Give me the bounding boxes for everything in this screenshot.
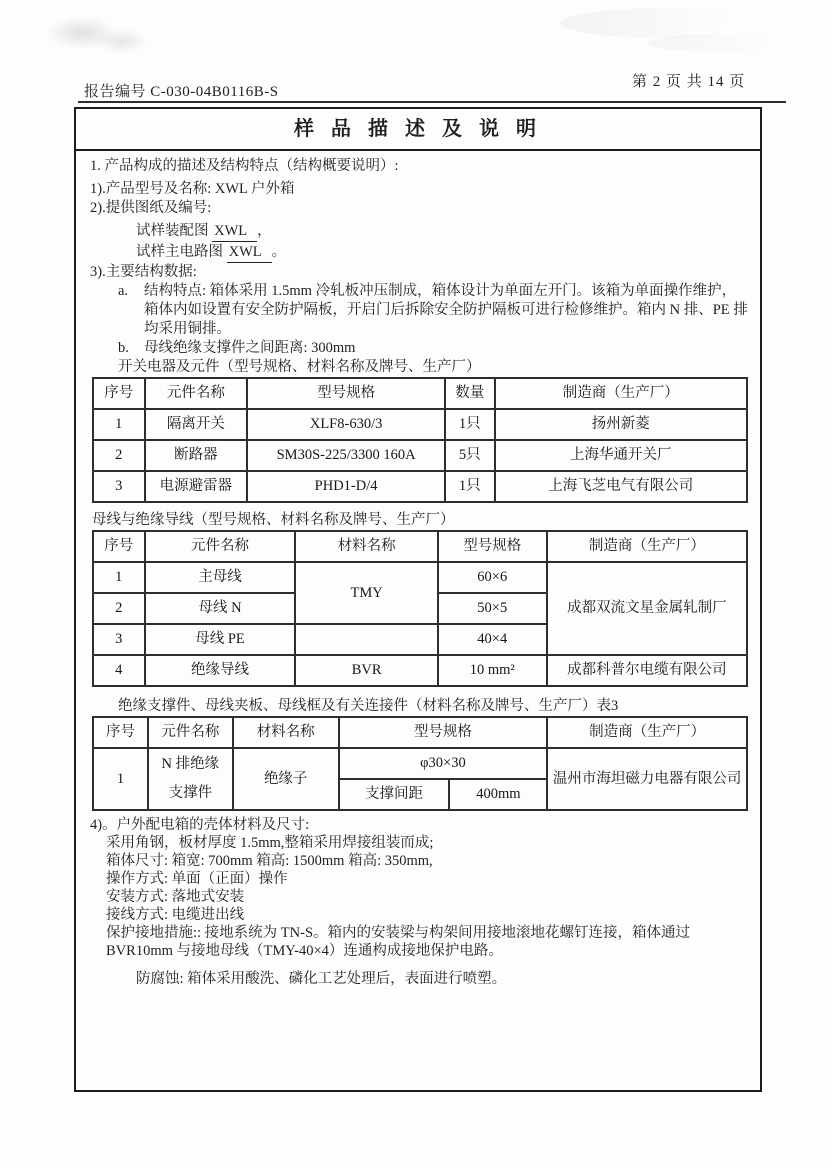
section1-heading: 1. 产品构成的描述及结构特点（结构概要说明）: <box>90 157 748 176</box>
cell-name-line2: 支撑件 <box>153 779 228 808</box>
table-row: 1 主母线 TMY 60×6 成都双流文星金属轧制厂 <box>93 562 747 593</box>
page-indicator: 第 2 页 共 14 页 <box>632 70 745 91</box>
col-header-manufacturer: 制造商（生产厂） <box>547 717 747 748</box>
item-b-label: b. <box>118 339 144 358</box>
circuit-drawing-line: 试样主电路图 XWL。 <box>136 243 748 263</box>
table-header-row: 序号 元件名称 材料名称 型号规格 制造商（生产厂） <box>93 717 747 748</box>
cell-spec-main: φ30×30 <box>339 748 548 779</box>
cell-no: 3 <box>93 624 145 655</box>
drawings-heading: 2).提供图纸及编号: <box>90 199 748 218</box>
cell-spec-sub-value: 400mm <box>449 779 547 810</box>
cell-no: 4 <box>93 655 145 686</box>
col-header-qty: 数量 <box>445 378 495 409</box>
table1-caption: 开关电器及元件（型号规格、材料名称及牌号、生产厂） <box>118 358 748 377</box>
cell-manufacturer: 上海华通开关厂 <box>495 440 747 471</box>
cell-material: 绝缘子 <box>233 748 339 810</box>
item-b-text: 母线绝缘支撑件之间距离: 300mm <box>144 339 748 358</box>
structure-data-heading: 3).主要结构数据: <box>90 263 748 282</box>
cell-qty: 1只 <box>445 471 495 502</box>
item-a-text: 结构特点: 箱体采用 1.5mm 冷轧板冲压制成，箱体设计为单面左开门。该箱为单… <box>144 282 748 339</box>
document-frame: 样 品 描 述 及 说 明 1. 产品构成的描述及结构特点（结构概要说明）: 1… <box>74 107 762 1092</box>
busbar-insulated-wire-table: 序号 元件名称 材料名称 型号规格 制造商（生产厂） 1 主母线 TMY 60×… <box>92 530 748 687</box>
scan-smudge <box>648 34 798 52</box>
table3-caption: 绝缘支撑件、母线夹板、母线框及有关连接件（材料名称及牌号、生产厂）表3 <box>118 697 748 716</box>
col-header-material: 材料名称 <box>233 717 339 748</box>
operation-mode-line: 操作方式: 单面（正面）操作 <box>106 870 748 888</box>
scan-smudge <box>560 8 770 38</box>
cell-no: 1 <box>93 748 148 810</box>
assembly-drawing-suffix: ， <box>257 223 272 239</box>
cell-name-line1: N 排绝缘 <box>153 750 228 779</box>
circuit-drawing-label: 试样主电路图 <box>136 244 223 260</box>
cell-spec: PHD1-D/4 <box>247 471 445 502</box>
scan-smudge <box>46 16 118 50</box>
col-header-name: 元件名称 <box>145 531 296 562</box>
document-body: 1. 产品构成的描述及结构特点（结构概要说明）: 1).产品型号及名称: XWL… <box>76 151 760 988</box>
cell-spec: 60×6 <box>438 562 547 593</box>
cell-manufacturer: 扬州新菱 <box>495 409 747 440</box>
table2-caption: 母线与绝缘导线（型号规格、材料名称及牌号、生产厂） <box>92 511 748 530</box>
table-row: 1 N 排绝缘 支撑件 绝缘子 φ30×30 温州市海坦磁力电器有限公司 <box>93 748 747 779</box>
cell-spec: XLF8-630/3 <box>247 409 445 440</box>
cell-name: 隔离开关 <box>145 409 248 440</box>
col-header-manufacturer: 制造商（生产厂） <box>495 378 747 409</box>
col-header-name: 元件名称 <box>145 378 248 409</box>
cell-name: 母线 N <box>145 593 296 624</box>
item-a-label: a. <box>118 282 144 339</box>
scanned-report-page: 报告编号 C-030-04B0116B-S 第 2 页 共 14 页 样 品 描… <box>0 0 832 1169</box>
cell-name: 母线 PE <box>145 624 296 655</box>
installation-mode-line: 安装方式: 落地式安装 <box>106 888 748 906</box>
cell-no: 2 <box>93 593 145 624</box>
cell-qty: 1只 <box>445 409 495 440</box>
col-header-no: 序号 <box>93 378 145 409</box>
busbar-distance-item: b. 母线绝缘支撑件之间距离: 300mm <box>118 339 748 358</box>
col-header-no: 序号 <box>93 531 145 562</box>
assembly-drawing-label: 试样装配图 <box>136 223 209 239</box>
cell-spec-sub-label: 支撑间距 <box>339 779 450 810</box>
cell-material: BVR <box>295 655 437 686</box>
col-header-spec: 型号规格 <box>247 378 445 409</box>
cell-manufacturer: 上海飞芝电气有限公司 <box>495 471 747 502</box>
table-row: 1 隔离开关 XLF8-630/3 1只 扬州新菱 <box>93 409 747 440</box>
cell-qty: 5只 <box>445 440 495 471</box>
insulating-supports-table: 序号 元件名称 材料名称 型号规格 制造商（生产厂） 1 N 排绝缘 支撑件 绝… <box>92 716 748 811</box>
cell-no: 1 <box>93 562 145 593</box>
anticorrosion-line: 防腐蚀: 箱体采用酸洗、磷化工艺处理后，表面进行喷塑。 <box>136 970 748 988</box>
col-header-no: 序号 <box>93 717 148 748</box>
table-row: 3 电源避雷器 PHD1-D/4 1只 上海飞芝电气有限公司 <box>93 471 747 502</box>
cell-spec: SM30S-225/3300 160A <box>247 440 445 471</box>
cell-manufacturer: 成都科普尔电缆有限公司 <box>547 655 747 686</box>
col-header-spec: 型号规格 <box>438 531 547 562</box>
cell-no: 3 <box>93 471 145 502</box>
box-dimensions-line: 箱体尺寸: 箱宽: 700mm 箱高: 1500mm 箱高: 350mm, <box>106 852 748 870</box>
table-header-row: 序号 元件名称 型号规格 数量 制造商（生产厂） <box>93 378 747 409</box>
switchgear-components-table: 序号 元件名称 型号规格 数量 制造商（生产厂） 1 隔离开关 XLF8-630… <box>92 377 748 503</box>
cell-name: 断路器 <box>145 440 248 471</box>
col-header-spec: 型号规格 <box>339 717 548 748</box>
cell-manufacturer: 温州市海坦磁力电器有限公司 <box>547 748 747 810</box>
cell-name: 电源避雷器 <box>145 471 248 502</box>
col-header-name: 元件名称 <box>148 717 233 748</box>
circuit-drawing-suffix: 。 <box>272 244 287 260</box>
cell-no: 2 <box>93 440 145 471</box>
report-number: 报告编号 C-030-04B0116B-S <box>84 80 279 101</box>
scan-smudge <box>96 28 148 54</box>
header-rule <box>78 101 786 103</box>
section4-heading: 4)。户外配电箱的壳体材料及尺寸: <box>90 816 748 834</box>
col-header-manufacturer: 制造商（生产厂） <box>547 531 747 562</box>
table-row: 4 绝缘导线 BVR 10 mm² 成都科普尔电缆有限公司 <box>93 655 747 686</box>
cell-spec: 50×5 <box>438 593 547 624</box>
cell-spec: 40×4 <box>438 624 547 655</box>
protective-grounding-line: 保护接地措施:: 接地系统为 TN-S。箱内的安装梁与构架间用接地滚地花螺钉连接… <box>106 924 748 960</box>
circuit-drawing-value: XWL <box>227 243 272 263</box>
col-header-material: 材料名称 <box>295 531 437 562</box>
structure-feature-item: a. 结构特点: 箱体采用 1.5mm 冷轧板冲压制成，箱体设计为单面左开门。该… <box>118 282 748 339</box>
cell-name: 绝缘导线 <box>145 655 296 686</box>
shell-material-line: 采用角钢，板材厚度 1.5mm,整箱采用焊接组装而成; <box>106 834 748 852</box>
cell-material <box>295 624 437 655</box>
table-row: 2 断路器 SM30S-225/3300 160A 5只 上海华通开关厂 <box>93 440 747 471</box>
cell-name: 主母线 <box>145 562 296 593</box>
cell-manufacturer-merged: 成都双流文星金属轧制厂 <box>547 562 747 655</box>
assembly-drawing-line: 试样装配图 XWL， <box>136 222 748 242</box>
wiring-mode-line: 接线方式: 电缆进出线 <box>106 906 748 924</box>
table-header-row: 序号 元件名称 材料名称 型号规格 制造商（生产厂） <box>93 531 747 562</box>
assembly-drawing-value: XWL <box>212 222 257 242</box>
cell-material-merged: TMY <box>295 562 437 624</box>
product-model-line: 1).产品型号及名称: XWL 户外箱 <box>90 180 748 199</box>
cell-name: N 排绝缘 支撑件 <box>148 748 233 810</box>
document-title: 样 品 描 述 及 说 明 <box>76 109 760 151</box>
cell-spec: 10 mm² <box>438 655 547 686</box>
cell-no: 1 <box>93 409 145 440</box>
